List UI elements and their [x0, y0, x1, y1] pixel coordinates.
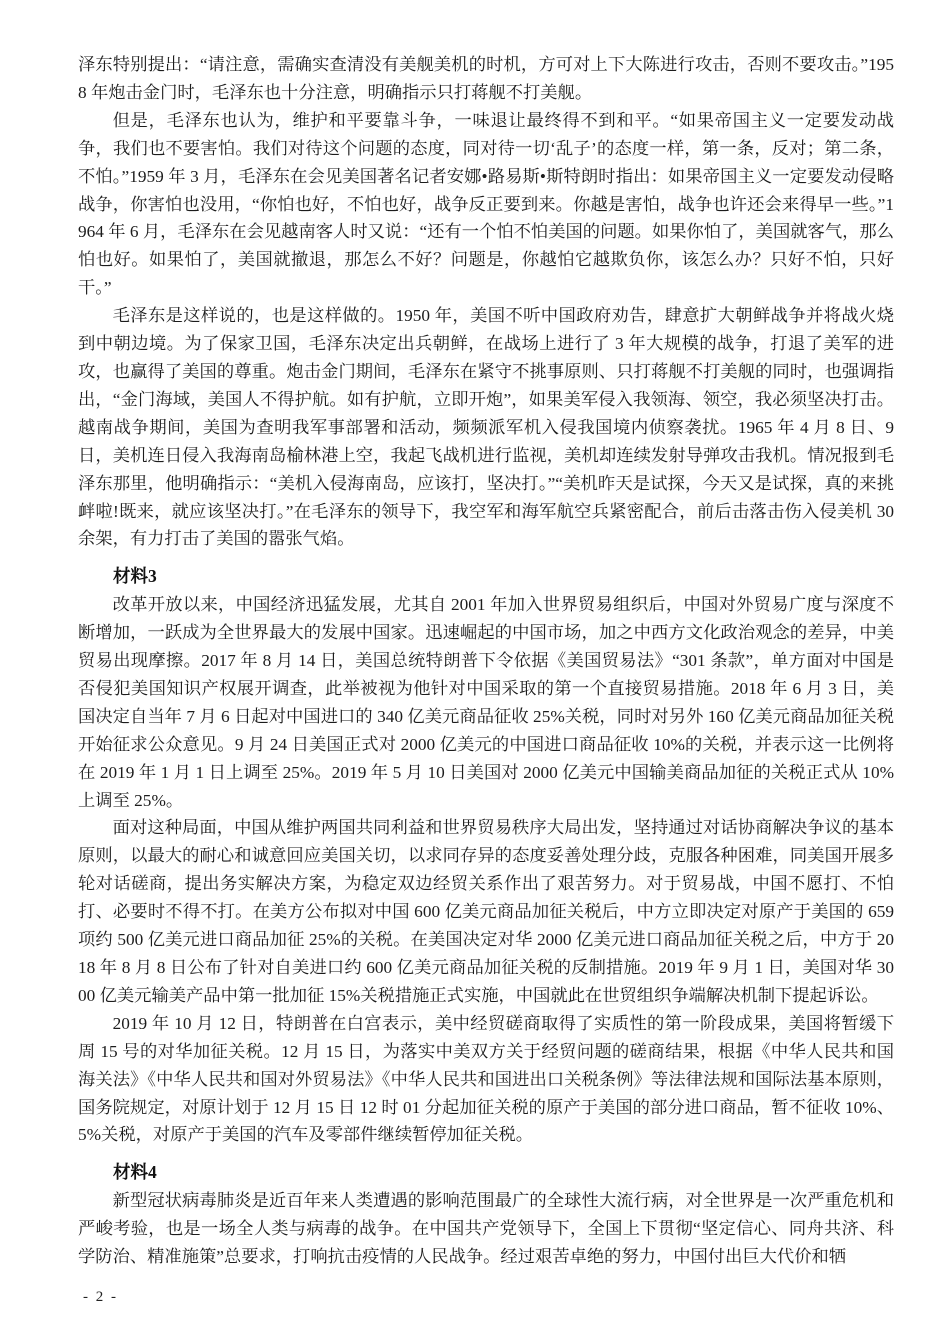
paragraph-mao-korea-vietnam-actions: 毛泽东是这样说的，也是这样做的。1950 年，美国不听中国政府劝告，肆意扩大朝鲜… [78, 302, 894, 553]
heading-material-3: 材料3 [78, 563, 894, 591]
paragraph-phase-one-agreement: 2019 年 10 月 12 日，特朗普在白宫表示，美中经贸磋商取得了实质性的第… [78, 1010, 894, 1150]
paragraph-mao-dachen-instructions: 泽东特别提出：“请注意，需确实查清没有美舰美机的时机，方可对上下大陈进行攻击，否… [78, 51, 894, 107]
page-number: - 2 - [83, 1288, 118, 1306]
paragraph-covid-pandemic: 新型冠状病毒肺炎是近百年来人类遭遇的影响范围最广的全球性大流行病，对全世界是一次… [78, 1187, 894, 1271]
page-content: 泽东特别提出：“请注意，需确实查清没有美舰美机的时机，方可对上下大陈进行攻击，否… [78, 51, 894, 1271]
document-page: 泽东特别提出：“请注意，需确实查清没有美舰美机的时机，方可对上下大陈进行攻击，否… [0, 0, 950, 1344]
heading-material-4: 材料4 [78, 1159, 894, 1187]
paragraph-us-tariff-measures: 改革开放以来，中国经济迅猛发展，尤其自 2001 年加入世界贸易组织后，中国对外… [78, 591, 894, 814]
paragraph-mao-peace-through-struggle: 但是，毛泽东也认为，维护和平要靠斗争，一味退让最终得不到和平。“如果帝国主义一定… [78, 107, 894, 302]
paragraph-china-countermeasures: 面对这种局面，中国从维护两国共同利益和世界贸易秩序大局出发，坚持通过对话协商解决… [78, 814, 894, 1009]
